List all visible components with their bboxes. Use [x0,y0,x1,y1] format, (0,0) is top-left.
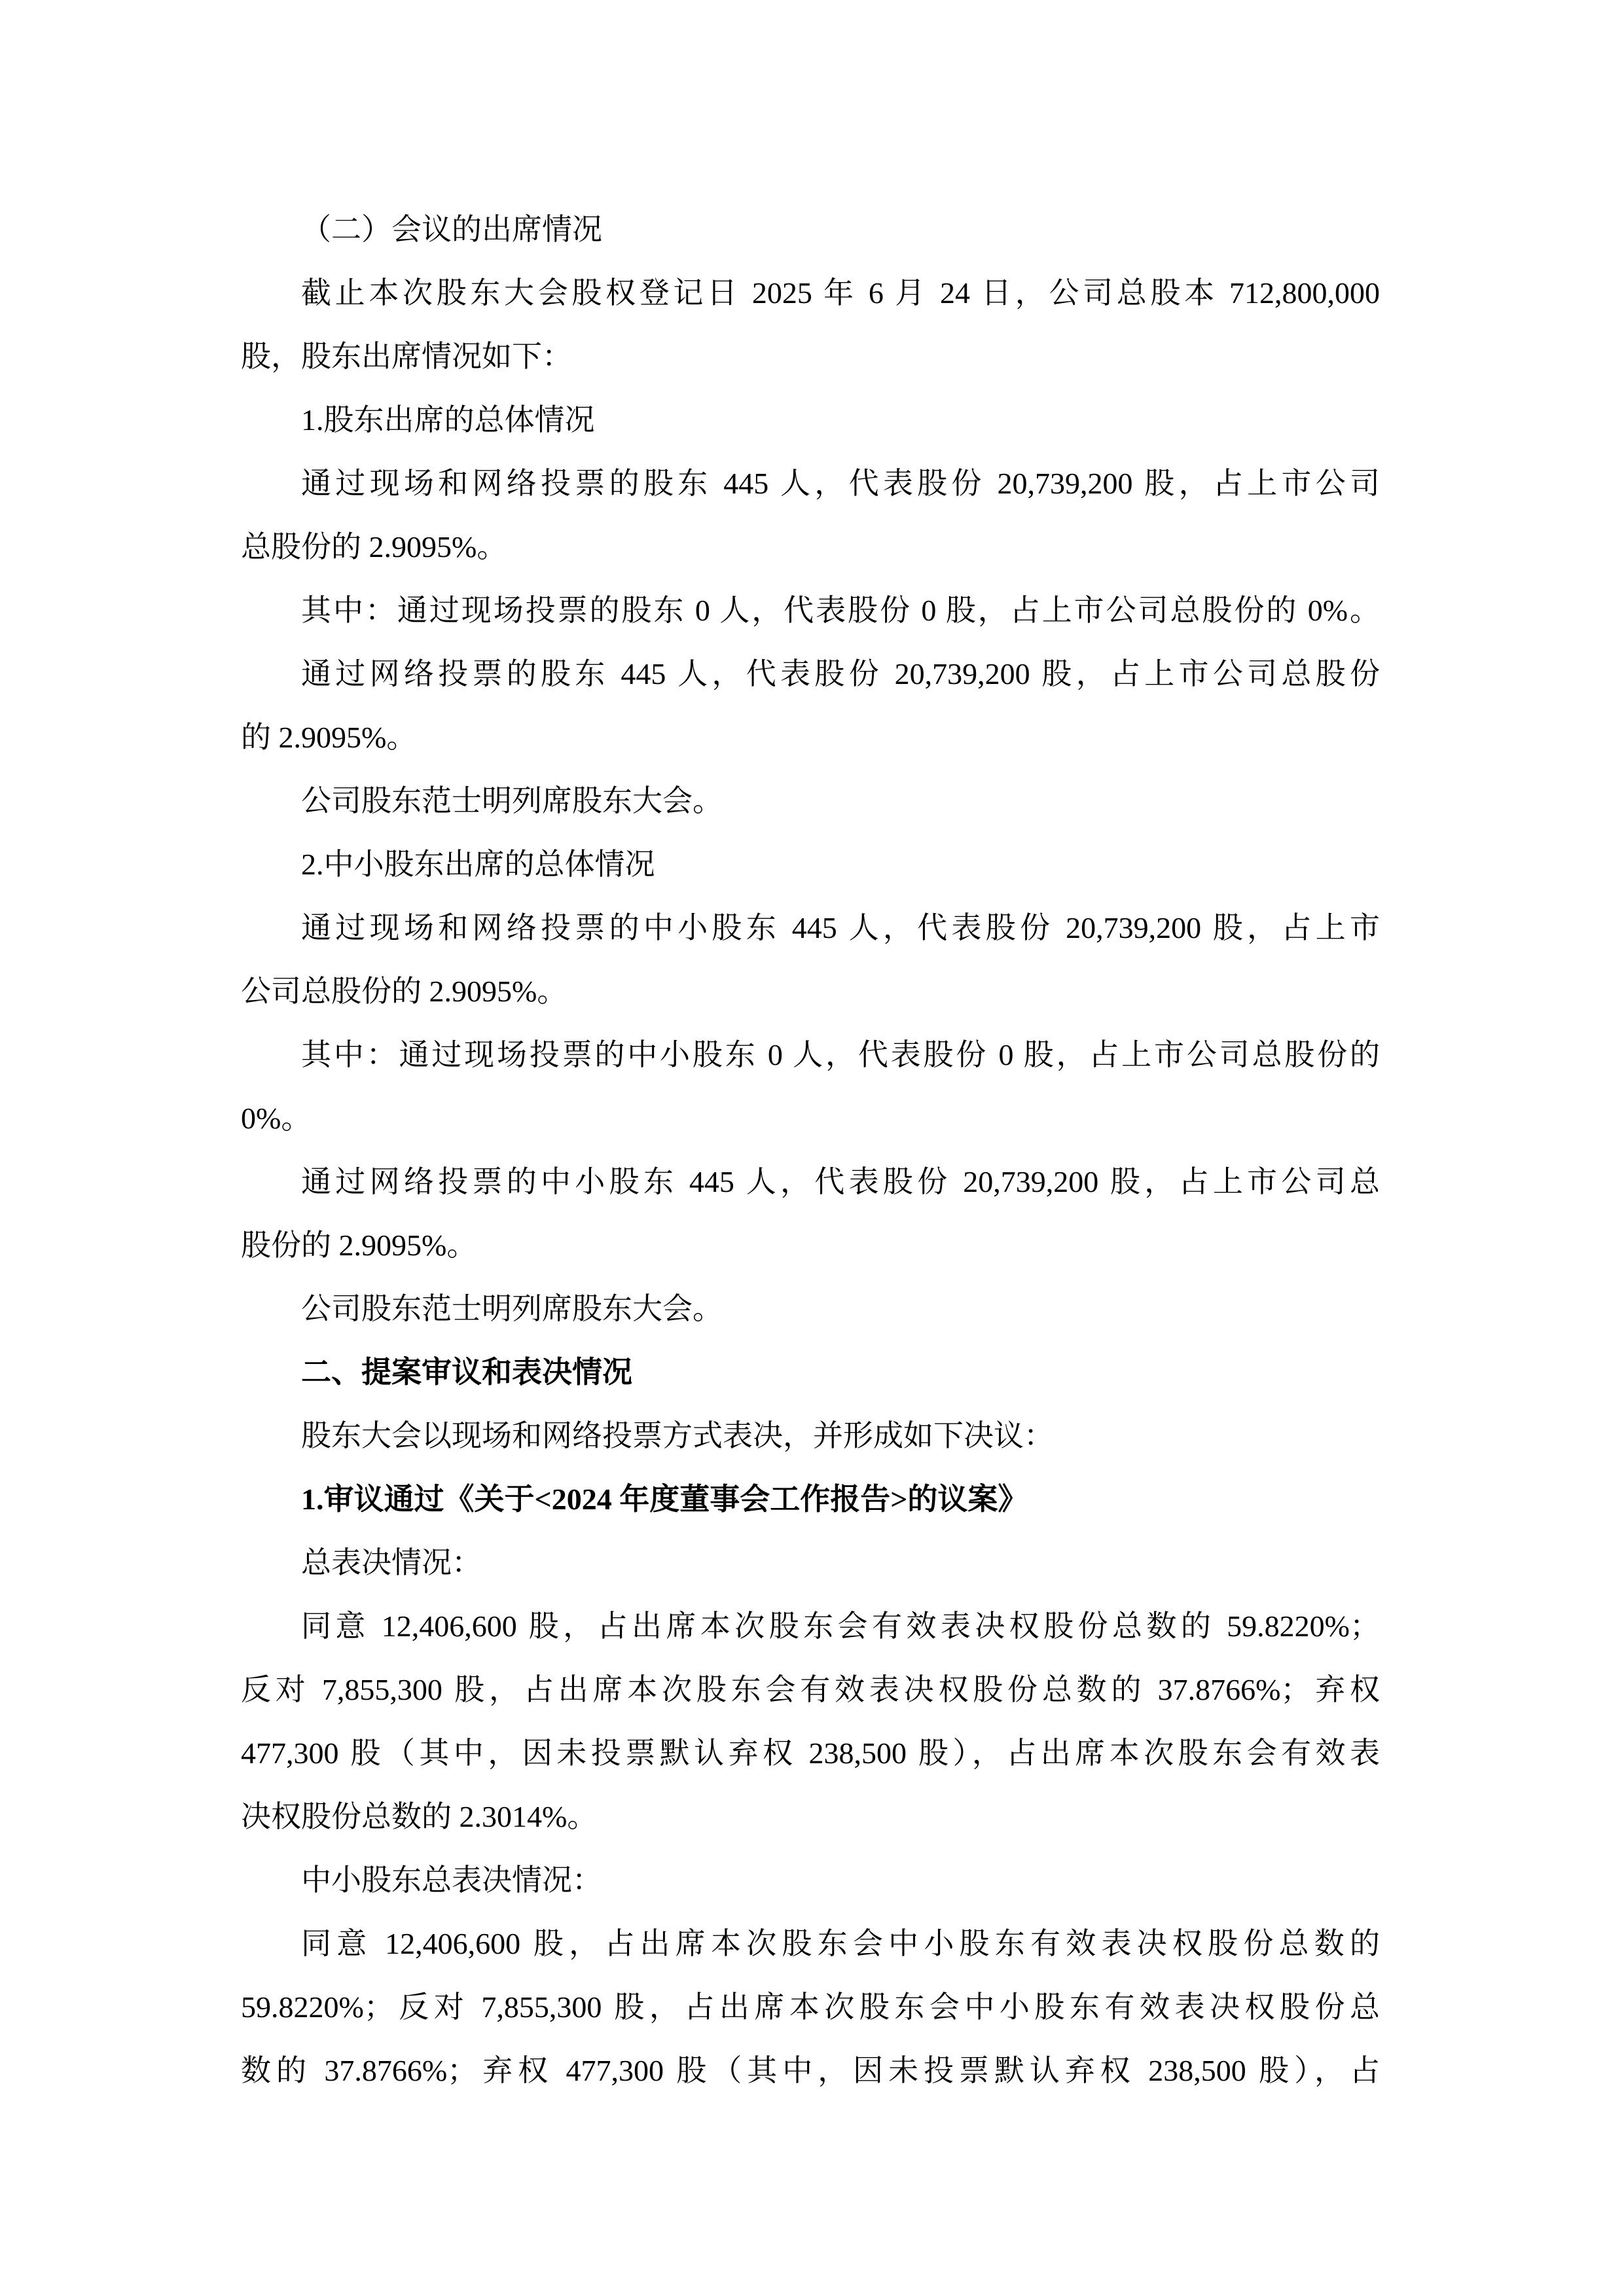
doc-line: 通过现场和网络投票的股东 445 人，代表股份 20,739,200 股，占上市… [241,452,1380,515]
doc-line: 股，股东出席情况如下： [241,325,1380,388]
doc-line: 总表决情况： [241,1531,1380,1594]
document-page: （二）会议的出席情况 截止本次股东大会股权登记日 2025 年 6 月 24 日… [0,0,1624,2296]
doc-line: 公司股东范士明列席股东大会。 [241,769,1380,833]
doc-line: 2.中小股东出席的总体情况 [241,833,1380,896]
doc-line: 0%。 [241,1086,1380,1150]
doc-line: 总股份的 2.9095%。 [241,515,1380,579]
proposal-heading: 1.审议通过《关于<2024 年度董事会工作报告>的议案》 [241,1467,1380,1531]
doc-line: 中小股东总表决情况： [241,1848,1380,1912]
doc-line: 其中：通过现场投票的股东 0 人，代表股份 0 股，占上市公司总股份的 0%。 [241,579,1380,642]
doc-line: 59.8220%；反对 7,855,300 股，占出席本次股东会中小股东有效表决… [241,1975,1380,2039]
doc-line: 通过网络投票的中小股东 445 人，代表股份 20,739,200 股，占上市公… [241,1150,1380,1213]
section-heading: 二、提案审议和表决情况 [241,1340,1380,1404]
doc-line: 1.股东出席的总体情况 [241,388,1380,452]
doc-line: 股份的 2.9095%。 [241,1213,1380,1277]
doc-line: 数的 37.8766%；弃权 477,300 股（其中，因未投票默认弃权 238… [241,2039,1380,2102]
doc-line: 通过网络投票的股东 445 人，代表股份 20,739,200 股，占上市公司总… [241,642,1380,706]
doc-line: 其中：通过现场投票的中小股东 0 人，代表股份 0 股，占上市公司总股份的 [241,1023,1380,1086]
doc-line: 反对 7,855,300 股，占出席本次股东会有效表决权股份总数的 37.876… [241,1658,1380,1721]
doc-line: 股东大会以现场和网络投票方式表决，并形成如下决议： [241,1404,1380,1467]
doc-line: 截止本次股东大会股权登记日 2025 年 6 月 24 日，公司总股本 712,… [241,261,1380,325]
doc-line: 公司总股份的 2.9095%。 [241,960,1380,1023]
doc-line: 477,300 股（其中，因未投票默认弃权 238,500 股），占出席本次股东… [241,1721,1380,1785]
doc-line: 通过现场和网络投票的中小股东 445 人，代表股份 20,739,200 股，占… [241,896,1380,960]
doc-line: 同意 12,406,600 股，占出席本次股东会中小股东有效表决权股份总数的 [241,1912,1380,1975]
doc-line: 同意 12,406,600 股，占出席本次股东会有效表决权股份总数的 59.82… [241,1594,1380,1658]
doc-line: 的 2.9095%。 [241,706,1380,769]
section-heading: （二）会议的出席情况 [241,198,1380,261]
doc-line: 决权股份总数的 2.3014%。 [241,1785,1380,1848]
document-body: （二）会议的出席情况 截止本次股东大会股权登记日 2025 年 6 月 24 日… [241,198,1380,2102]
doc-line: 公司股东范士明列席股东大会。 [241,1277,1380,1340]
